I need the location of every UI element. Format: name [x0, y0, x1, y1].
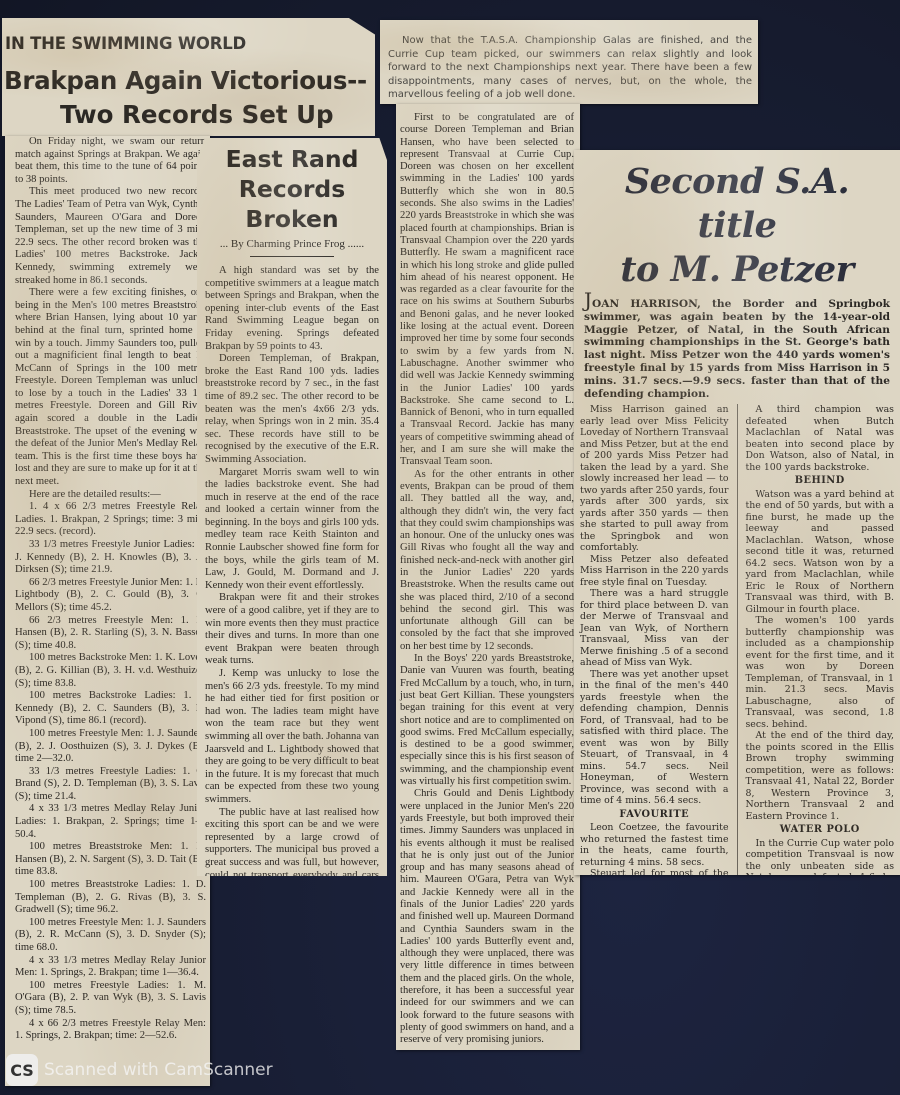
paragraph: Miss Harrison gained an early lead over …	[580, 404, 729, 554]
headline: Second S.A. title to M. Petzer	[580, 160, 894, 292]
paragraph: 100 metres Breaststroke Men: 1. B. Hanse…	[15, 841, 206, 879]
clipping-brakpan-headline: IN THE SWIMMING WORLD Brakpan Again Vict…	[2, 18, 375, 136]
paragraph: This meet produced two new records. The …	[15, 186, 206, 287]
paragraph: Here are the detailed results:—	[15, 489, 206, 502]
paragraph: 1. 4 x 66 2/3 metres Freestyle Relay Lad…	[15, 501, 206, 539]
headline-line-2: Two Records Set Up	[60, 100, 334, 129]
subheading: WATER POLO	[746, 824, 895, 836]
paragraph: Watson was a yard behind at the end of 5…	[746, 489, 895, 616]
paragraph: 4 x 66 2/3 metres Freestyle Relay Men: 1…	[15, 1018, 206, 1043]
paragraph: 100 metres Freestyle Men: 1. J. Saunders…	[15, 917, 206, 955]
byline-text: By Charming Prince Frog	[231, 238, 345, 250]
paragraph: 100 metres Freestyle Men: 1. J. Saunders…	[15, 728, 206, 766]
column-2: A third champion was defeated when Butch…	[746, 404, 895, 875]
paragraph: 100 metres Backstroke Ladies: 1. J. Kenn…	[15, 690, 206, 728]
section-kicker: IN THE SWIMMING WORLD	[5, 34, 246, 53]
paragraph: Steuart led for most of the way and won …	[580, 868, 729, 875]
headline-line-1: Second S.A. title	[580, 160, 894, 248]
camscanner-logo-icon: CS	[6, 1054, 38, 1086]
article-body: On Friday night, we swam our return matc…	[15, 136, 206, 1043]
camscanner-watermark: CS Scanned with CamScanner	[6, 1052, 273, 1088]
clipping-petzer: Second S.A. title to M. Petzer JOAN HARR…	[574, 150, 900, 875]
paragraph: Margaret Morris swam well to win the lad…	[205, 467, 379, 593]
headline: East Rand Records Broken	[205, 144, 379, 234]
article-columns: Miss Harrison gained an early lead over …	[580, 404, 894, 875]
paragraph: As for the other entrants in other event…	[400, 469, 574, 653]
paragraph: Chris Gould and Denis Lightbody were unp…	[400, 788, 574, 1046]
paragraph: 66 2/3 metres Freestyle Junior Men: 1. D…	[15, 577, 206, 615]
paragraph: Leon Coetzee, the favourite who returned…	[580, 822, 729, 868]
paragraph: The women's 100 yards butterfly champion…	[746, 615, 895, 730]
paragraph: In the Boys' 220 yards Breaststroke, Dan…	[400, 653, 574, 788]
column-1: Miss Harrison gained an early lead over …	[580, 404, 729, 875]
paragraph: 100 metres Breaststroke Ladies: 1. D. Te…	[15, 879, 206, 917]
paragraph: Miss Petzer also defeated Miss Harrison …	[580, 554, 729, 589]
paragraph: Brakpan were fit and their strokes were …	[205, 592, 379, 668]
watermark-text: Scanned with CamScanner	[44, 1060, 273, 1080]
paragraph: J. Kemp was unlucky to lose the men's 66…	[205, 668, 379, 807]
subheading: BEHIND	[746, 475, 895, 487]
article-body: A high standard was set by the competiti…	[205, 265, 379, 876]
paragraph: The public have at last realised how exc…	[205, 807, 379, 876]
clipping-brakpan-body: On Friday night, we swam our return matc…	[5, 136, 210, 1086]
paragraph: 66 2/3 metres Freestyle Men: 1. B. Hanse…	[15, 615, 206, 653]
byline: ... By Charming Prince Frog ......	[205, 238, 379, 250]
article-body: First to be congratulated are of course …	[400, 112, 574, 1047]
paragraph: A high standard was set by the competiti…	[205, 265, 379, 353]
column-rule	[737, 404, 738, 875]
divider	[250, 256, 334, 257]
paragraph: Now that the T.A.S.A. Championship Galas…	[388, 34, 752, 102]
paragraph: 4 x 33 1/3 metres Medlay Relay Junior Me…	[15, 955, 206, 980]
paragraph: 100 metres Freestyle Ladies: 1. M. O'Gar…	[15, 980, 206, 1018]
paragraph: 100 metres Backstroke Men: 1. K. Lovell …	[15, 652, 206, 690]
lead-paragraph: JOAN HARRISON, the Border and Springbok …	[584, 298, 890, 400]
headline-line-2: to M. Petzer	[580, 248, 894, 292]
paragraph: A third champion was defeated when Butch…	[746, 404, 895, 473]
headline-line-1: Brakpan Again Victorious--	[4, 66, 367, 95]
paragraph: 4 x 33 1/3 metres Medlay Relay Junior La…	[15, 803, 206, 841]
article-body: Now that the T.A.S.A. Championship Galas…	[388, 34, 752, 102]
paragraph: At the end of the third day, the points …	[746, 730, 895, 822]
lead-text: OAN HARRISON, the Border and Springbok s…	[584, 298, 890, 400]
paragraph: 33 1/3 metres Freestyle Ladies: 1. C. Br…	[15, 766, 206, 804]
paragraph: On Friday night, we swam our return matc…	[15, 136, 206, 186]
paragraph: There were a few exciting finishes, one …	[15, 287, 206, 489]
subheading: FAVOURITE	[580, 809, 729, 821]
drop-cap: J	[584, 288, 592, 312]
clipping-tasa-column: First to be congratulated are of course …	[396, 104, 580, 1050]
paragraph: First to be congratulated are of course …	[400, 112, 574, 469]
paragraph: 33 1/3 metres Freestyle Junior Ladies: 1…	[15, 539, 206, 577]
paragraph: Doreen Templeman, of Brakpan, broke the …	[205, 353, 379, 466]
clipping-east-rand: East Rand Records Broken ... By Charming…	[197, 138, 387, 876]
paragraph: There was a hard struggle for third plac…	[580, 588, 729, 669]
paragraph: There was yet another upset in the final…	[580, 669, 729, 807]
paragraph: In the Currie Cup water polo competition…	[746, 838, 895, 875]
clipping-tasa-intro: Now that the T.A.S.A. Championship Galas…	[380, 20, 758, 104]
